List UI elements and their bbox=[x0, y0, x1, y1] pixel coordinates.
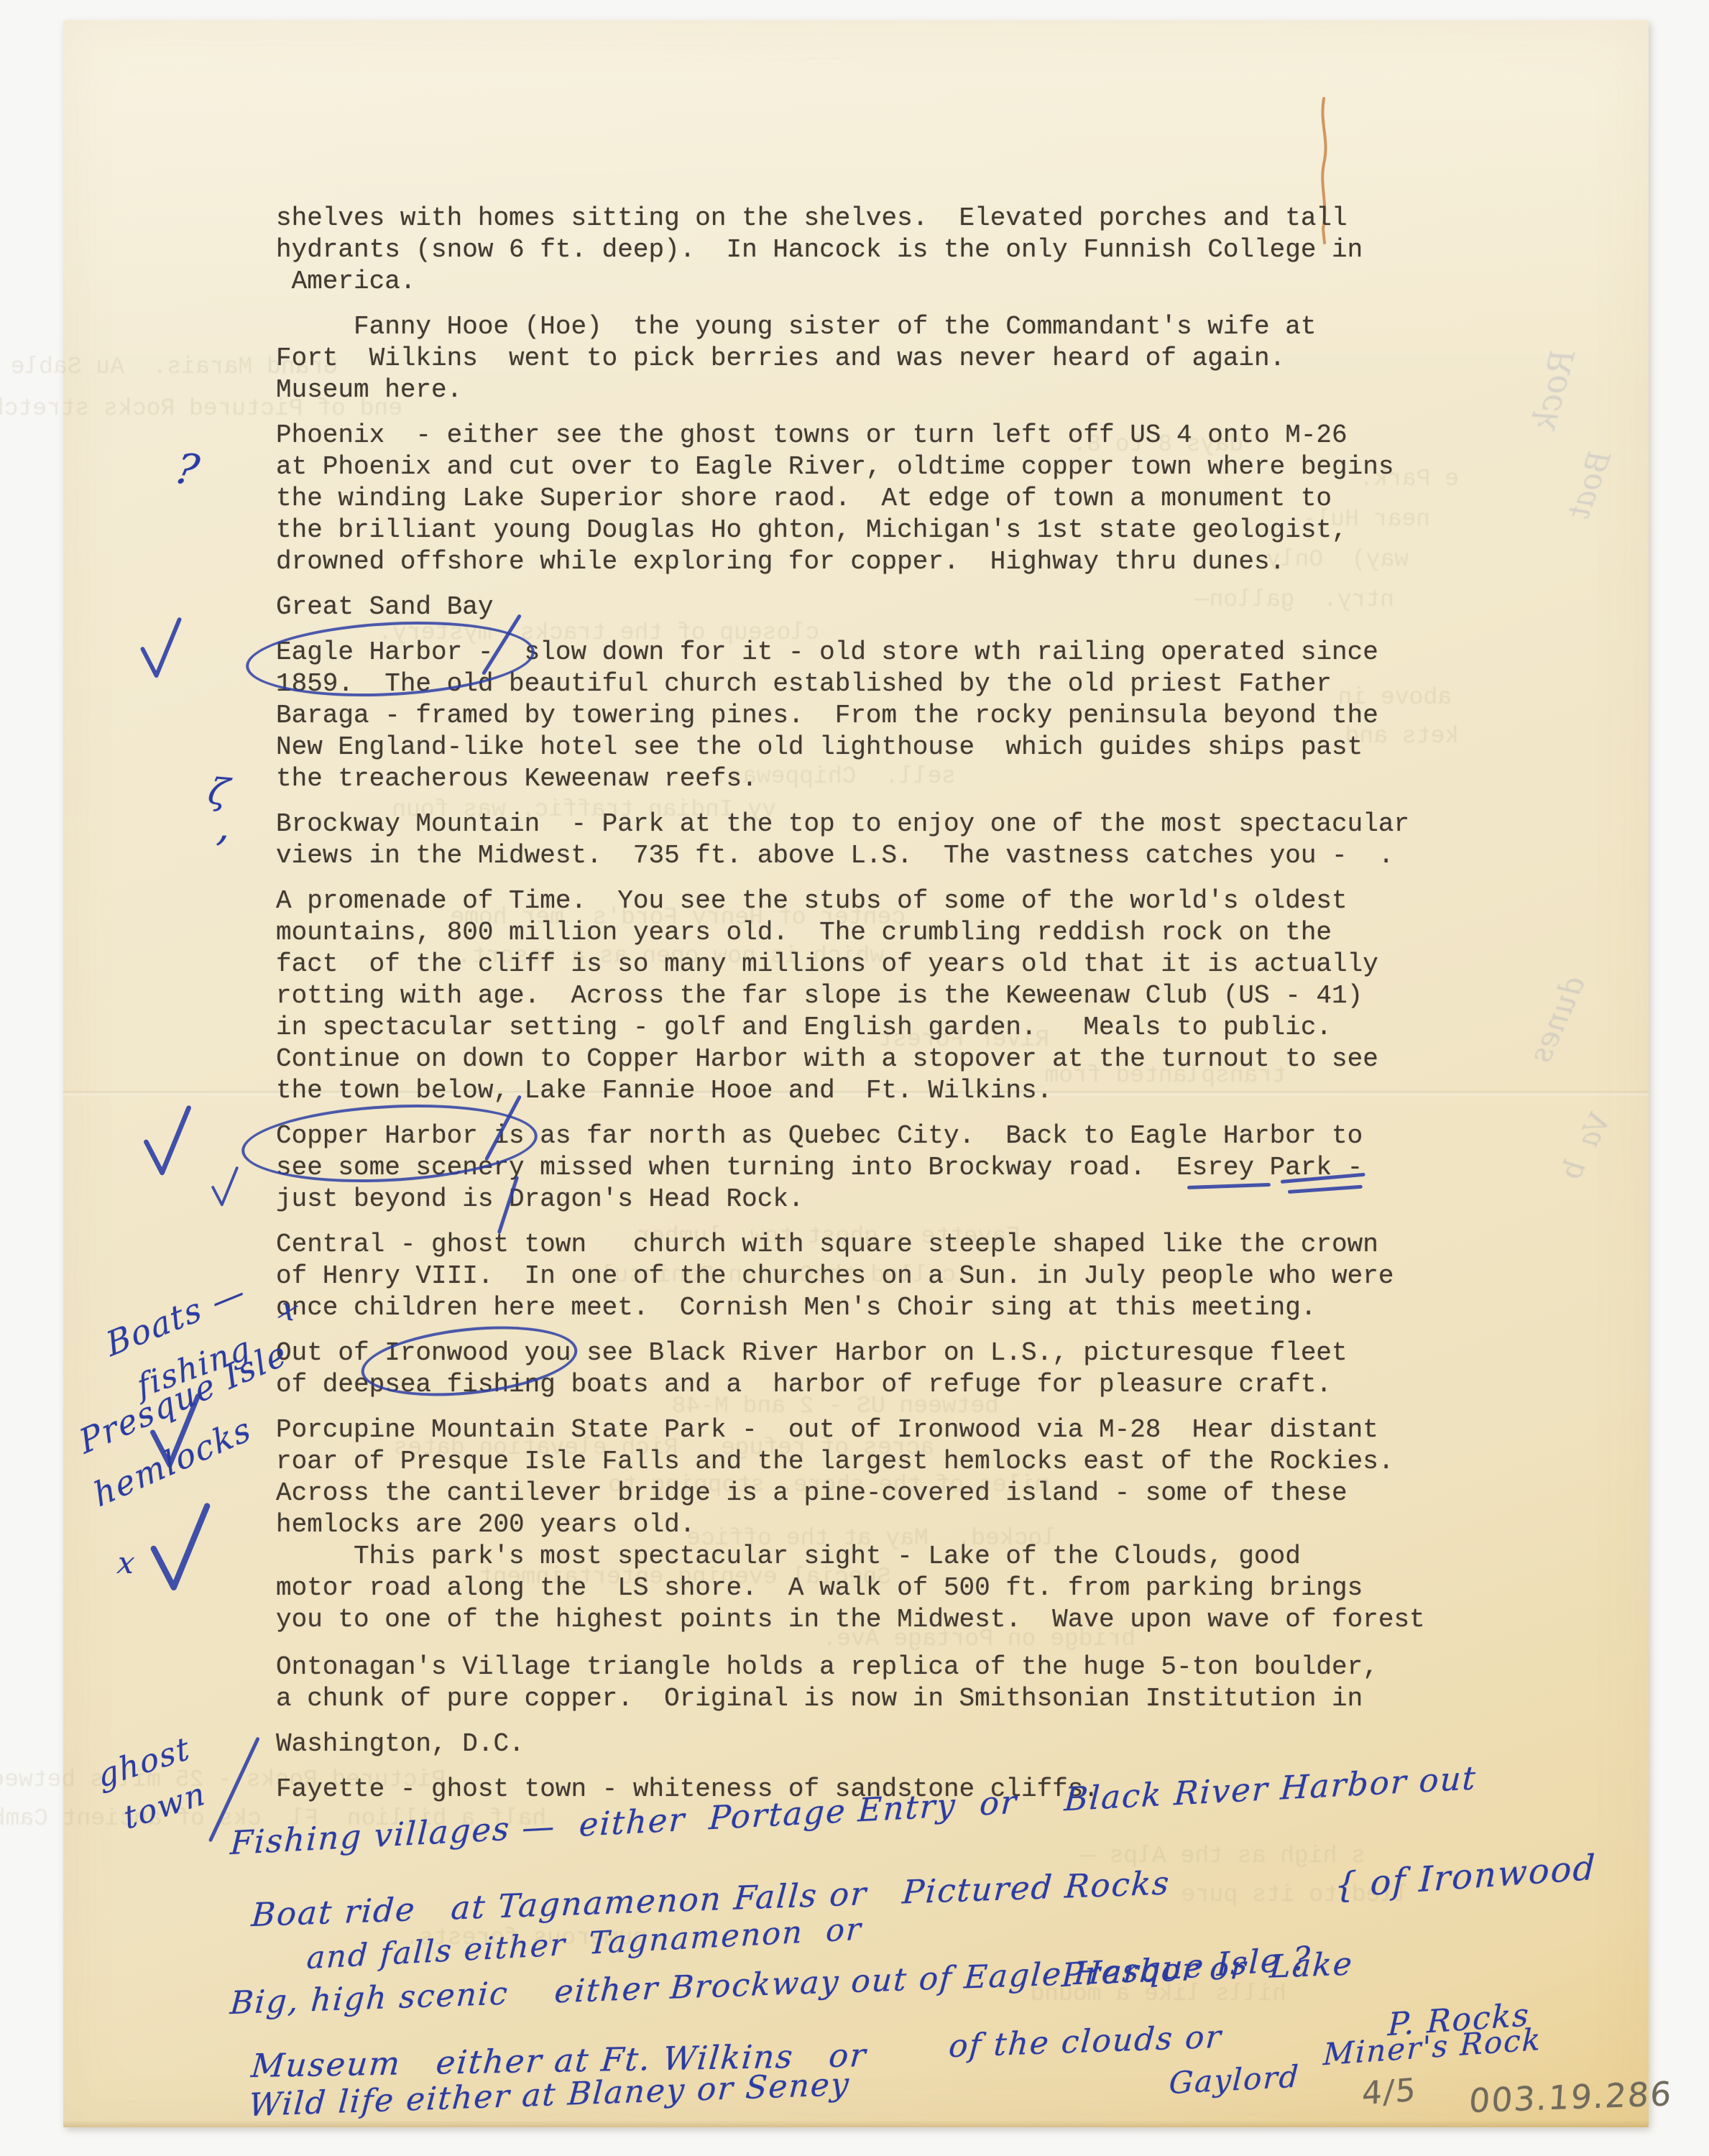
page-marker: 4/5 bbox=[1361, 2072, 1417, 2113]
check-copper-large bbox=[141, 1101, 194, 1183]
typed-paragraph: Fanny Hooe (Hoe) the young sister of the… bbox=[276, 311, 1425, 406]
check-park bbox=[147, 1502, 214, 1595]
scanned-document: Grand Marais. Au Sable Point and Au Sabl… bbox=[0, 0, 1709, 2156]
typed-paragraph: A promenade of Time. You see the stubs o… bbox=[276, 885, 1425, 1107]
typed-text: shelves with homes sitting on the shelve… bbox=[276, 203, 1425, 1819]
typed-paragraph: Porcupine Mountain State Park - out of I… bbox=[276, 1414, 1425, 1636]
check-eagle-harbor bbox=[138, 612, 184, 686]
x-mark-park: x bbox=[116, 1545, 138, 1580]
typed-paragraph: Washington, D.C. bbox=[276, 1728, 1425, 1760]
hw-gaylord: Gaylord bbox=[1168, 2058, 1300, 2101]
typed-paragraph: Ontonagan's Village triangle holds a rep… bbox=[276, 1651, 1425, 1715]
typed-paragraph: Phoenix - either see the ghost towns or … bbox=[276, 420, 1425, 578]
typed-paragraph: Central - ghost town church with square … bbox=[276, 1229, 1425, 1324]
typed-paragraph: Great Sand Bay bbox=[276, 591, 1425, 623]
typed-paragraph: shelves with homes sitting on the shelve… bbox=[276, 203, 1425, 298]
check-copper-small bbox=[210, 1164, 240, 1210]
archive-number: 003.19.286 bbox=[1468, 2074, 1674, 2120]
typed-paragraph: Brockway Mountain - Park at the top to e… bbox=[276, 808, 1425, 872]
